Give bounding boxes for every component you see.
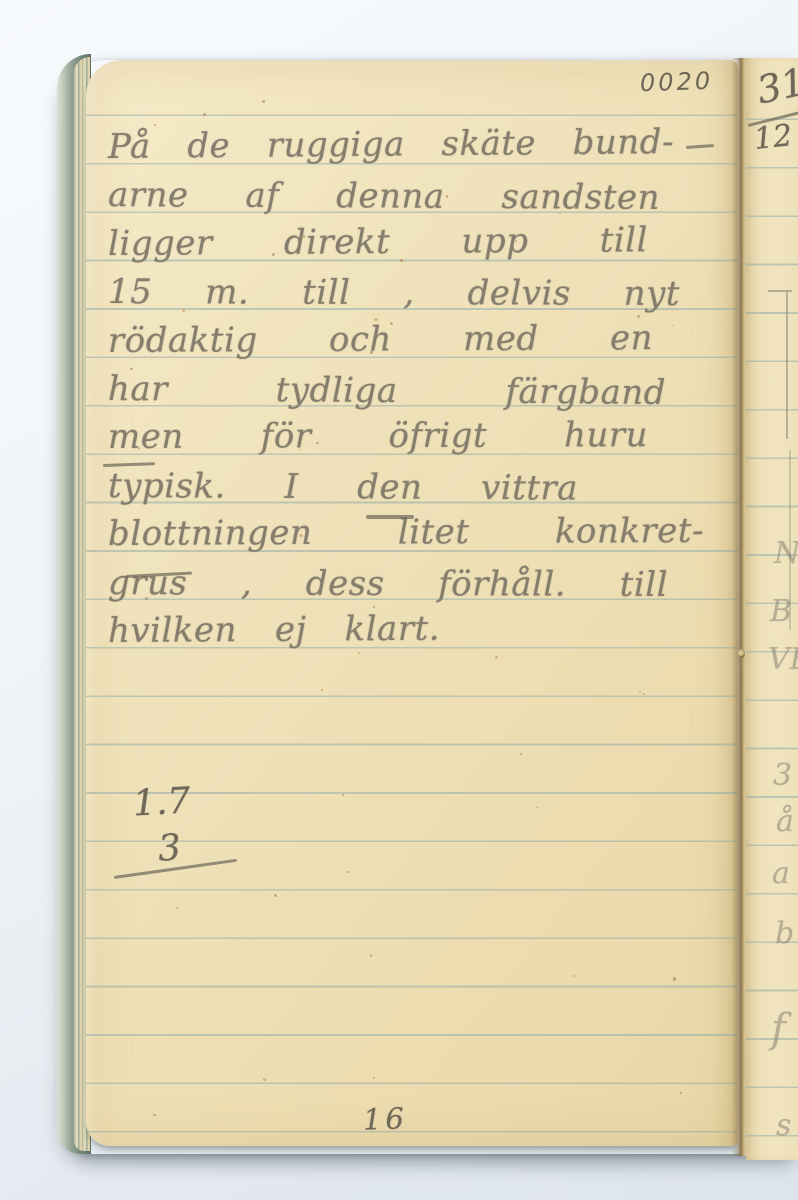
paper-speckle — [321, 689, 323, 691]
fraction-denominator: 3 — [157, 827, 183, 869]
binding-stitch — [738, 649, 745, 658]
handwriting-fragment: b — [775, 916, 794, 951]
handwriting-fragment: a — [772, 856, 790, 891]
sketch-stroke — [786, 291, 788, 439]
paper-speckle — [446, 195, 448, 197]
paper-speckle — [299, 449, 301, 451]
paper-speckle — [274, 894, 276, 896]
handwriting-line: ligger direkt upp till — [108, 216, 648, 269]
handwriting-line: men för öfrigt huru — [108, 411, 648, 462]
handwriting-fragment: VE — [768, 642, 798, 677]
paper-speckle — [680, 1092, 682, 1094]
handwriting-line: På de ruggiga skäte bund- — [108, 118, 674, 172]
handwriting-fragment: 3 — [773, 758, 792, 793]
notebook-scan: 0020 På de ruggiga skäte bund- arne af d… — [0, 0, 798, 1200]
date-fraction-numerator: 31 — [753, 59, 798, 112]
handwriting-fragment: å — [776, 804, 794, 839]
paper-speckle — [130, 368, 132, 370]
handwriting-fragment: B — [770, 594, 792, 629]
handwriting-fragment: N — [774, 536, 798, 571]
paper-speckle — [272, 253, 275, 256]
handwriting-line: arne af denna sandsten — [108, 171, 660, 223]
left-page: 0020 På de ruggiga skäte bund- arne af d… — [86, 60, 738, 1146]
right-page-partial: 31 12 N B VE 3 å a b f s — [746, 58, 798, 1160]
strikethrough-stroke — [366, 515, 414, 519]
paper-speckle — [373, 606, 375, 608]
paper-speckle — [370, 351, 372, 353]
paper-speckle — [673, 977, 676, 980]
stamp-number: 0020 — [640, 67, 714, 98]
paper-speckle — [390, 322, 393, 325]
paper-speckle — [138, 447, 140, 449]
paper-speckle — [342, 794, 344, 796]
handwriting-fragment: s — [776, 1108, 791, 1143]
fraction-numerator: 1.7 — [132, 781, 191, 825]
handwriting-line: hvilken ej klart. — [108, 605, 440, 656]
paper-speckle — [637, 315, 640, 318]
handwriting-line: har tydliga färgband — [108, 365, 666, 418]
paper-speckle — [495, 656, 498, 659]
sketch-stroke — [768, 290, 792, 292]
paper-speckle — [182, 309, 185, 312]
paper-speckle — [400, 259, 403, 262]
handwriting-line: grus , dess förhåll. till — [108, 559, 668, 610]
paper-speckle — [621, 227, 624, 230]
paper-speckle — [672, 325, 674, 327]
paper-speckle — [203, 113, 206, 116]
paper-speckle — [262, 100, 265, 103]
page-number: 16 — [362, 1101, 408, 1137]
paper-speckle — [358, 652, 360, 654]
handwriting-line: rödaktig och med en — [108, 314, 653, 366]
paper-speckle — [111, 638, 113, 640]
paper-speckle — [643, 693, 645, 695]
paper-speckle — [515, 240, 517, 242]
handwriting-line: 15 m. till , delvis nyt — [108, 268, 680, 319]
handwriting-fragment: f — [771, 1006, 786, 1052]
date-fraction-denominator: 12 — [752, 118, 794, 157]
handwriting-line: typisk. I den vittra — [108, 462, 578, 513]
